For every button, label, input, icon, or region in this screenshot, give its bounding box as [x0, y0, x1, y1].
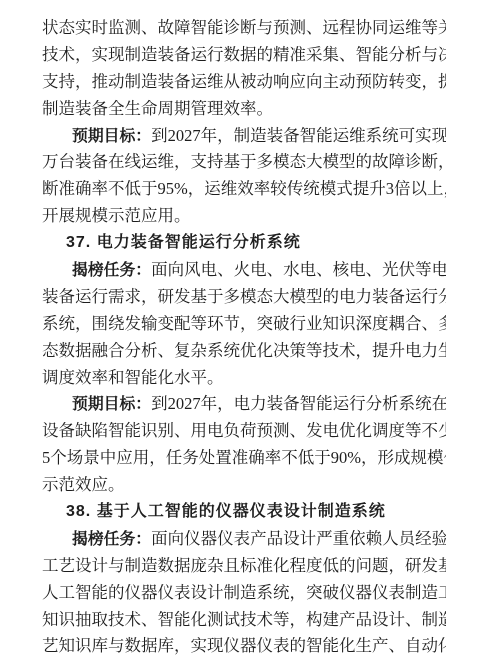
- text-char: 较: [270, 176, 287, 203]
- text-char: 合: [108, 338, 125, 365]
- text-char: 备: [283, 123, 300, 150]
- text-char: 化: [438, 633, 446, 660]
- run-in-label-char: ：: [135, 392, 151, 418]
- text-char: 中: [100, 445, 117, 472]
- text-char: 装: [267, 123, 284, 150]
- text-char: 低: [298, 445, 315, 472]
- text-char: 别: [158, 418, 175, 445]
- text-line: 制造装备全生命周期管理效率。: [42, 96, 446, 123]
- text-char: 运: [333, 123, 350, 150]
- text-char: ，: [422, 69, 439, 96]
- text-char: 电: [300, 257, 317, 284]
- text-char: 景: [83, 445, 100, 472]
- text-char: 率: [92, 176, 109, 203]
- text-line: 态数据融合分析、复杂系统优化决策等技术，提升电力生产: [42, 338, 446, 365]
- text-char: 仪: [257, 633, 274, 660]
- text-char: 设: [372, 607, 389, 634]
- text-char: 、: [389, 633, 406, 660]
- text-char: 准: [232, 445, 249, 472]
- text-char: ，: [356, 338, 373, 365]
- text-char: 智: [75, 580, 92, 607]
- text-char: 维: [349, 123, 366, 150]
- text-char: 生: [356, 633, 373, 660]
- text-char: 在: [108, 149, 125, 176]
- run-in-label-char: 期: [88, 392, 104, 418]
- text-char: 复: [174, 338, 191, 365]
- text-char: 的: [257, 42, 274, 69]
- text-char: 制: [234, 123, 251, 150]
- text-char: 器: [201, 526, 218, 553]
- text-char: 据: [174, 553, 191, 580]
- text-char: 响: [273, 69, 290, 96]
- run-in-label-char: ：: [135, 527, 151, 553]
- text-char: 提: [353, 176, 370, 203]
- text-char: 智: [306, 633, 323, 660]
- run-in-label-char: 务: [119, 258, 135, 284]
- text-char: 运: [191, 69, 208, 96]
- text-char: 测: [290, 15, 307, 42]
- text-char: 系: [366, 123, 383, 150]
- text-char: 智: [300, 123, 317, 150]
- text-char: 表: [273, 633, 290, 660]
- text-char: 识: [141, 418, 158, 445]
- text-char: 在: [432, 391, 446, 418]
- text-char: 变: [158, 311, 175, 338]
- text-char: 能: [316, 123, 333, 150]
- text-line: 万台装备在线运维，支持基于多模态大模型的故障诊断，诊: [42, 149, 446, 176]
- text-char: 能: [207, 15, 224, 42]
- text-char: 备: [389, 284, 406, 311]
- text-char: 设: [283, 526, 300, 553]
- text-char: 化: [444, 445, 447, 472]
- text-char: 备: [92, 149, 109, 176]
- text-char: 行: [349, 391, 366, 418]
- text-char: 合: [405, 311, 422, 338]
- text-char: 析: [141, 338, 158, 365]
- text-char: 应: [290, 69, 307, 96]
- text-line: 设备缺陷智能识别、用电负荷预测、发电优化调度等不少于: [42, 418, 446, 445]
- text-char: 实: [75, 15, 92, 42]
- text-char: 节: [224, 311, 241, 338]
- text-char: 环: [207, 311, 224, 338]
- text-char: 突: [306, 580, 323, 607]
- text-char: 工: [59, 580, 76, 607]
- text-char: ，: [444, 176, 447, 203]
- text-char: 障: [389, 149, 406, 176]
- text-char: ，: [75, 311, 92, 338]
- text-char: 预: [257, 418, 274, 445]
- text-char: 行: [92, 284, 109, 311]
- text-char: 库: [158, 633, 175, 660]
- text-char: 年: [201, 123, 218, 150]
- text-char: 智: [191, 15, 208, 42]
- text-char: 与: [422, 42, 439, 69]
- text-char: ，: [290, 607, 307, 634]
- text-char: 准: [290, 42, 307, 69]
- text-char: 、: [405, 607, 422, 634]
- text-char: 仪: [339, 580, 356, 607]
- text-char: 技: [108, 607, 125, 634]
- text-char: 电: [323, 418, 340, 445]
- text-char: 动: [339, 69, 356, 96]
- text-char: 分: [389, 42, 406, 69]
- text-char: 仪: [125, 580, 142, 607]
- text-char: 、: [306, 15, 323, 42]
- text-char: 精: [273, 42, 290, 69]
- text-char: 模: [320, 176, 337, 203]
- text-char: 器: [240, 633, 257, 660]
- text-char: 系: [207, 338, 224, 365]
- text-char: 可: [399, 123, 416, 150]
- text-char: 抽: [75, 607, 92, 634]
- text-char: 上: [427, 176, 444, 203]
- text-char: 到: [151, 391, 168, 418]
- text-char: 任: [166, 445, 183, 472]
- text-char: ，: [174, 149, 191, 176]
- text-char: 度: [306, 553, 323, 580]
- text-char: 据: [240, 42, 257, 69]
- text-char: 动: [257, 69, 274, 96]
- text-char: 电: [349, 257, 366, 284]
- text-char: 品: [356, 607, 373, 634]
- text-char: 火: [234, 257, 251, 284]
- section-heading: 37. 电力装备智能运行分析系统: [42, 230, 446, 257]
- text-char: 化: [339, 633, 356, 660]
- text-char: 装: [75, 149, 92, 176]
- text-char: 计: [300, 526, 317, 553]
- text-char: 基: [191, 284, 208, 311]
- text-char: 需: [108, 284, 125, 311]
- text-line: 技术，实现制造装备运行数据的精准采集、智能分析与决策: [42, 42, 446, 69]
- text-char: 确: [75, 176, 92, 203]
- text-char: 仪: [217, 526, 234, 553]
- text-char: 面: [151, 526, 168, 553]
- text-char: 设: [191, 580, 208, 607]
- text-char: 以: [411, 176, 428, 203]
- text-char: 多: [438, 311, 446, 338]
- text-char: 变: [405, 69, 422, 96]
- run-in-label-char: 揭: [72, 527, 88, 553]
- text-char: 电: [432, 257, 446, 284]
- text-char: 智: [356, 42, 373, 69]
- text-char: 数: [224, 42, 241, 69]
- text-char: 统: [303, 176, 320, 203]
- text-char: 调: [372, 418, 389, 445]
- text-char: 力: [422, 338, 439, 365]
- run-in-label-char: 揭: [72, 258, 88, 284]
- text-char: 同: [372, 15, 389, 42]
- text-char: 表: [234, 526, 251, 553]
- text-char: 知: [323, 311, 340, 338]
- text-char: ，: [389, 553, 406, 580]
- text-char: 等: [415, 257, 432, 284]
- text-char: 绕: [108, 311, 125, 338]
- text-char: 3: [386, 176, 394, 203]
- text-char: 造: [141, 553, 158, 580]
- text-char: 耦: [389, 311, 406, 338]
- text-char: 不: [281, 445, 298, 472]
- text-char: 能: [316, 391, 333, 418]
- text-char: 面: [151, 257, 168, 284]
- text-line: 调度效率和智能化水平。: [42, 365, 446, 392]
- text-char: 、: [339, 42, 356, 69]
- text-char: 问: [356, 553, 373, 580]
- text-char: 实: [191, 633, 208, 660]
- text-char: 的: [323, 284, 340, 311]
- text-char: 少: [438, 418, 446, 445]
- text-char: 到: [151, 123, 168, 150]
- text-char: 向: [306, 69, 323, 96]
- text-char: 的: [356, 149, 373, 176]
- text-char: 于: [141, 176, 158, 203]
- text-char: 经: [415, 526, 432, 553]
- text-char: 、: [316, 257, 333, 284]
- text-char: 模: [273, 149, 290, 176]
- text-char: 行: [422, 284, 439, 311]
- text-char: 测: [207, 607, 224, 634]
- text-char: 处: [199, 445, 216, 472]
- paragraph-lead-line: 揭榜任务：面向仪器仪表产品设计严重依赖人员经验、: [42, 526, 446, 553]
- text-char: 备: [174, 69, 191, 96]
- text-char: ，: [141, 284, 158, 311]
- document-text-block: 状态实时监测、故障智能诊断与预测、远程协同运维等关键技术，实现制造装备运行数据的…: [42, 15, 446, 660]
- text-char: 突: [257, 311, 274, 338]
- text-char: ，: [75, 69, 92, 96]
- text-char: 造: [438, 607, 446, 634]
- text-char: 确: [248, 445, 265, 472]
- text-char: 重: [333, 526, 350, 553]
- text-char: ，: [290, 580, 307, 607]
- text-char: 现: [432, 123, 446, 150]
- text-char: 核: [333, 257, 350, 284]
- text-char: 光: [382, 257, 399, 284]
- text-char: 推: [92, 69, 109, 96]
- text-char: 大: [273, 284, 290, 311]
- text-char: 行: [207, 42, 224, 69]
- text-char: 计: [92, 553, 109, 580]
- text-char: 系: [42, 311, 59, 338]
- text-char: 陷: [92, 418, 109, 445]
- text-line: 状态实时监测、故障智能诊断与预测、远程协同运维等关键: [42, 15, 446, 42]
- text-char: 能: [174, 607, 191, 634]
- text-char: 品: [267, 526, 284, 553]
- text-char: 应: [116, 445, 133, 472]
- text-char: 关: [438, 15, 446, 42]
- text-char: 的: [339, 553, 356, 580]
- run-in-label-char: 榜: [88, 258, 104, 284]
- text-char: 断: [240, 15, 257, 42]
- text-char: 系: [399, 391, 416, 418]
- text-char: 负: [224, 418, 241, 445]
- text-char: 技: [323, 338, 340, 365]
- text-char: 2027: [168, 391, 201, 418]
- text-char: 5: [42, 445, 50, 472]
- text-char: 万: [42, 149, 59, 176]
- text-char: 多: [224, 284, 241, 311]
- text-char: 取: [92, 607, 109, 634]
- text-char: 装: [372, 284, 389, 311]
- text-char: 术: [125, 607, 142, 634]
- text-char: 制: [125, 553, 142, 580]
- text-char: 制: [224, 580, 241, 607]
- text-char: 优: [240, 338, 257, 365]
- text-char: 严: [316, 526, 333, 553]
- text-char: 伏: [399, 257, 416, 284]
- text-char: 造: [422, 580, 439, 607]
- text-char: ，: [217, 391, 234, 418]
- text-char: 融: [92, 338, 109, 365]
- run-in-label-char: 任: [104, 258, 120, 284]
- text-char: 障: [174, 15, 191, 42]
- text-char: 技: [42, 42, 59, 69]
- text-char: 水: [283, 257, 300, 284]
- text-char: 、: [366, 257, 383, 284]
- text-char: 态: [290, 149, 307, 176]
- text-line: 装备运行需求，研发基于多模态大模型的电力装备运行分析: [42, 284, 446, 311]
- text-char: 向: [168, 257, 185, 284]
- text-char: 状: [42, 15, 59, 42]
- text-char: 计: [389, 607, 406, 634]
- text-char: 集: [323, 42, 340, 69]
- text-char: 器: [141, 580, 158, 607]
- text-char: 风: [184, 257, 201, 284]
- text-char: 庞: [191, 553, 208, 580]
- text-char: 多: [257, 149, 274, 176]
- text-char: 运: [75, 284, 92, 311]
- text-char: 术: [59, 42, 76, 69]
- text-char: 于: [314, 445, 331, 472]
- text-char: 线: [125, 149, 142, 176]
- text-char: 电: [234, 391, 251, 418]
- text-char: 传: [287, 176, 304, 203]
- text-char: 维: [158, 149, 175, 176]
- text-char: 技: [240, 607, 257, 634]
- document-page: 状态实时监测、故障智能诊断与预测、远程协同运维等关键技术，实现制造装备运行数据的…: [0, 0, 483, 668]
- text-char: 员: [399, 526, 416, 553]
- text-char: 析: [405, 42, 422, 69]
- text-char: 诊: [224, 15, 241, 42]
- run-in-label-char: 标: [119, 392, 135, 418]
- text-char: 试: [224, 607, 241, 634]
- text-char: 与: [257, 15, 274, 42]
- text-char: 防: [372, 69, 389, 96]
- text-char: 电: [339, 284, 356, 311]
- text-char: 式: [336, 176, 353, 203]
- text-char: 不: [422, 418, 439, 445]
- text-char: 态: [257, 284, 274, 311]
- text-char: 制: [405, 580, 422, 607]
- text-char: 运: [141, 149, 158, 176]
- text-char: 的: [290, 633, 307, 660]
- text-char: 产: [250, 526, 267, 553]
- text-char: 生: [438, 338, 446, 365]
- text-char: 化: [273, 553, 290, 580]
- text-char: 运: [191, 42, 208, 69]
- text-char: 化: [191, 607, 208, 634]
- text-char: 发: [422, 553, 439, 580]
- text-char: ，: [75, 42, 92, 69]
- text-char: 支: [42, 69, 59, 96]
- text-char: 据: [141, 633, 158, 660]
- text-char: 测: [273, 418, 290, 445]
- text-char: 统: [382, 123, 399, 150]
- text-char: 设: [75, 553, 92, 580]
- text-char: 程: [290, 553, 307, 580]
- text-char: 制: [125, 42, 142, 69]
- run-in-label-char: 预: [72, 392, 88, 418]
- text-line: 支持，推动制造装备运维从被动响应向主动预防转变，提升: [42, 69, 446, 96]
- text-char: 围: [92, 311, 109, 338]
- text-char: 等: [273, 607, 290, 634]
- text-char: 动: [108, 69, 125, 96]
- text-char: 实: [92, 42, 109, 69]
- text-char: 协: [356, 15, 373, 42]
- text-char: 率: [254, 176, 271, 203]
- text-char: 缺: [75, 418, 92, 445]
- text-char: 装: [42, 284, 59, 311]
- text-char: 备: [283, 391, 300, 418]
- text-char: 年: [201, 391, 218, 418]
- text-line: 示范效应。: [42, 472, 446, 499]
- text-char: 持: [59, 69, 76, 96]
- text-char: 、: [141, 15, 158, 42]
- run-in-label-char: 务: [119, 527, 135, 553]
- text-char: 优: [339, 418, 356, 445]
- text-char: 诊: [405, 149, 422, 176]
- text-char: 测: [125, 15, 142, 42]
- text-char: 术: [339, 338, 356, 365]
- section-heading: 38. 基于人工智能的仪器仪表设计制造系统: [42, 499, 446, 526]
- text-char: 仪: [224, 633, 241, 660]
- text-char: 计: [207, 580, 224, 607]
- text-char: 的: [108, 580, 125, 607]
- text-char: 智: [108, 418, 125, 445]
- text-char: 型: [306, 284, 323, 311]
- text-char: ，: [240, 311, 257, 338]
- text-char: 装: [158, 42, 175, 69]
- text-char: 建: [323, 607, 340, 634]
- text-char: 现: [108, 42, 125, 69]
- text-char: 统: [224, 338, 241, 365]
- text-char: 表: [174, 580, 191, 607]
- text-char: 化: [257, 338, 274, 365]
- text-char: 备: [174, 42, 191, 69]
- text-char: 智: [300, 391, 317, 418]
- text-char: 数: [125, 633, 142, 660]
- text-char: 工: [438, 580, 446, 607]
- run-in-label-char: 榜: [88, 527, 104, 553]
- run-in-label-char: ：: [135, 258, 151, 284]
- text-char: 预: [356, 69, 373, 96]
- text-char: 造: [141, 42, 158, 69]
- text-char: ，: [188, 176, 205, 203]
- text-char: 策: [290, 338, 307, 365]
- text-char: 维: [207, 69, 224, 96]
- text-char: 实: [415, 123, 432, 150]
- text-char: 赖: [366, 526, 383, 553]
- text-char: 运: [405, 284, 422, 311]
- text-char: 升: [369, 176, 386, 203]
- text-char: 基: [438, 553, 446, 580]
- text-char: 电: [207, 418, 224, 445]
- run-in-label-char: ：: [135, 124, 151, 150]
- run-in-label-char: 任: [104, 527, 120, 553]
- text-char: 模: [427, 445, 444, 472]
- text-char: 能: [372, 42, 389, 69]
- text-char: 统: [273, 580, 290, 607]
- text-char: 、: [141, 607, 158, 634]
- text-char: 据: [75, 338, 92, 365]
